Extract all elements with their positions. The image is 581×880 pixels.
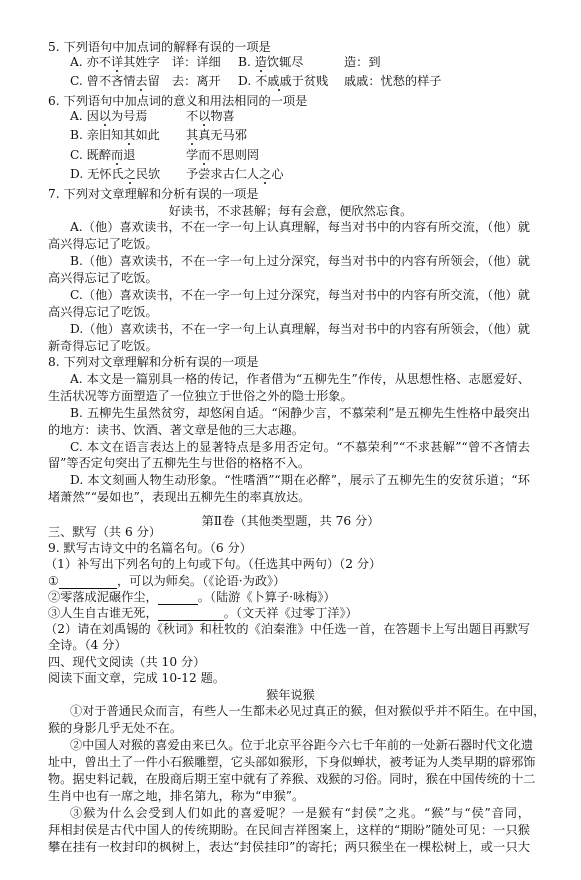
- q8-option-b-line1: B. 五柳先生虽然贫穷，却悠闲自适。“闲静少言，不慕荣利”是五柳先生性格中最突出: [48, 406, 530, 421]
- q9-sub2-line2: 全诗。（4 分）: [48, 638, 127, 653]
- dotted-word: 其: [186, 128, 198, 142]
- paragraph-3-line-1: ③猴为什么会受到人们如此的喜爱呢？一是猴有“封侯”之兆。“猴”与“侯”音同，: [48, 806, 530, 821]
- q5-option-b: B. 造饮辄尽: [238, 55, 303, 70]
- q5-option-d: D. 不戚戚于贫贱: [238, 74, 328, 89]
- q9-item-2: ②零落成泥碾作尘，。（陆游《卜算子·咏梅》）: [48, 590, 336, 605]
- q9-item-1: ①，可以为师矣。（《论语·为政》）: [48, 574, 285, 589]
- q7-quote: 好读书，不求甚解；每有会意，便欣然忘食。: [0, 204, 581, 219]
- text: 人生自古谁无死，: [60, 606, 158, 620]
- text: 予尝求古仁人: [186, 167, 259, 181]
- dotted-word: 以: [198, 109, 210, 123]
- option-label: A.: [70, 55, 83, 69]
- section-4-instruction: 阅读下面文章，完成 10-12 题。: [48, 671, 225, 686]
- text: 民欤: [136, 167, 160, 181]
- option-label: B.: [238, 55, 251, 69]
- text: 退: [123, 148, 135, 162]
- question-7-title: 7. 下列对文章理解和分析有误的一项是: [48, 187, 259, 202]
- q5-option-a: A. 亦不详其姓字: [70, 55, 160, 70]
- item-number: ②: [48, 590, 60, 604]
- dotted-word: 戚戚: [267, 74, 291, 88]
- option-label: C.: [70, 74, 83, 88]
- q8-option-c-line2: 留”等否定句突出了五柳先生与世俗的格格不入。: [48, 456, 310, 471]
- q6-option-c: C. 既醉而退: [70, 148, 135, 163]
- text: 其姓字: [123, 55, 160, 69]
- text: 学: [186, 148, 198, 162]
- dotted-word: 之: [259, 167, 271, 181]
- paragraph-3-line-2: 拜相封侯是古代中国人的传统期盼。在民间吉祥图案上，这样的“期盼”随处可见：一只猴: [48, 823, 530, 838]
- q7-option-b-line2: 高兴得忘记了吃饭。: [48, 271, 158, 286]
- q9-sub2-line1: （2）请在刘禹锡的《秋词》和杜牧的《泊秦淮》中任选一首，在答题卡上写出题目再默写: [45, 622, 530, 637]
- text: 既醉: [87, 148, 111, 162]
- dotted-word: 而: [111, 148, 123, 162]
- q6-option-a: A. 因以为号焉: [70, 109, 148, 124]
- q7-option-c-line1: C.（他）喜欢读书，不在一字一句上过分深究，每当对书中的内容有所交流，（他）就: [48, 288, 530, 303]
- dotted-word: 而: [198, 148, 210, 162]
- q7-option-a-line2: 高兴得忘记了吃饭。: [48, 237, 158, 252]
- q8-option-d-line1: D. 本文刻画人物生动形象。“性嗜酒”“期在必醉”，展示了五柳先生的安贫乐道；“…: [48, 473, 530, 488]
- option-label: C.: [70, 148, 83, 162]
- q5-option-c: C. 曾不吝情去留: [70, 74, 160, 89]
- text: 亦不: [87, 55, 111, 69]
- paragraph-3-line-3: 攀在挂有一枚封印的枫树上，表达“封侯挂印”的寄托；两只猴坐在一棵松树上，或一只大: [48, 840, 530, 855]
- text: 不: [255, 74, 267, 88]
- option-label: D.: [238, 74, 251, 88]
- q7-option-b-line1: B.（他）喜欢读书，不在一字一句上过分深究，每当对书中的内容有所领会，（他）就: [48, 254, 530, 269]
- q6-option-d-right: 予尝求古仁人之心: [186, 167, 284, 182]
- text: 亲旧知: [87, 128, 124, 142]
- article-title: 猴年说猴: [0, 688, 581, 703]
- q5-gloss-a: 详：详细: [172, 55, 221, 70]
- q9-sub1: （1）补写出下列名句的上句或下句。（任选其中两句）（2 分）: [45, 557, 381, 572]
- paragraph-2-line-2: 址中，曾出土了一件小石猴雕塑，它头部如猴形，下身似蝉状，被考证为人类早期的辟邪饰: [48, 755, 530, 770]
- paragraph-2-line-4: 生肖中也有一席之地，排名第九，称为“申猴”。: [48, 789, 304, 804]
- question-6-title: 6. 下列语句中加点词的意义和用法相同的一项是: [48, 94, 307, 109]
- text: 因: [87, 109, 99, 123]
- text: 物喜: [210, 109, 234, 123]
- dotted-word: 之: [124, 167, 136, 181]
- text: 于贫贱: [292, 74, 329, 88]
- option-label: B.: [70, 128, 83, 142]
- q6-option-b: B. 亲旧知其如此: [70, 128, 160, 143]
- dotted-word: 去: [135, 74, 147, 88]
- question-5-title: 5. 下列语句中加点词的解释有误的一项是: [48, 40, 271, 55]
- q8-option-b-line2: 的地方：读书、饮酒、著文章是他的三大志趣。: [48, 423, 304, 438]
- answer-blank[interactable]: [158, 592, 198, 605]
- dotted-word: 其: [123, 128, 135, 142]
- q9-item-3: ③人生自古谁无死，。（文天祥《过零丁洋》）: [48, 606, 358, 621]
- question-9-title: 9. 默写古诗文中的名篇名句。（6 分）: [48, 541, 252, 556]
- text: 饮辄尽: [267, 55, 304, 69]
- text: 曾不吝情: [87, 74, 136, 88]
- q7-option-a-line1: A.（他）喜欢读书，不在一字一句上认真理解，每当对书中的内容有所交流，（他）就: [48, 220, 530, 235]
- item-number: ③: [48, 606, 60, 620]
- q5-gloss-b: 造：到: [344, 55, 381, 70]
- dotted-word: 以: [99, 109, 111, 123]
- q6-option-b-right: 其真无马邪: [186, 128, 247, 143]
- q8-option-d-line2: 堵萧然”“晏如也”，表现出五柳先生的率真放达。: [48, 490, 310, 505]
- q5-gloss-d: 戚戚：忧愁的样子: [344, 74, 442, 89]
- option-label: D.: [70, 167, 83, 181]
- text: 不: [186, 109, 198, 123]
- question-8-title: 8. 下列对文章理解和分析有误的一项是: [48, 355, 259, 370]
- q7-option-d-line2: 新奇得忘记了吃饭。: [48, 339, 158, 354]
- q8-option-a-line1: A. 本文是一篇别具一格的传记，作者借为“五柳先生”作传，从思想性格、志愿爱好、: [48, 372, 530, 387]
- q6-option-c-right: 学而不思则罔: [186, 148, 259, 163]
- text: ，可以为师矣。（《论语·为政》）: [117, 574, 285, 588]
- paragraph-2-line-1: ②中国人对猴的喜爱由来已久。位于北京平谷距今六七千年前的一处新石器时代文化遗: [48, 738, 530, 753]
- q6-option-a-right: 不以物喜: [186, 109, 235, 124]
- text: 真无马邪: [198, 128, 247, 142]
- dotted-word: 详: [111, 55, 123, 69]
- text: 留: [148, 74, 160, 88]
- text: 零落成泥碾作尘，: [60, 590, 158, 604]
- paragraph-1-line-1: ①对于普通民众而言，有些人一生都未必见过真正的猴，但对猴似乎并不陌生。在中国，: [48, 704, 530, 719]
- item-number: ①: [48, 574, 59, 588]
- q8-option-c-line1: C. 本文在语言表达上的显著特点是多用否定句。“不慕荣利”“不求甚解”“曾不吝情…: [48, 440, 530, 455]
- paragraph-1-line-2: 猴的身影几乎无处不在。: [48, 721, 182, 736]
- answer-blank[interactable]: [158, 608, 224, 621]
- text: 如此: [135, 128, 159, 142]
- text: 。（文天祥《过零丁洋》）: [224, 606, 358, 620]
- text: 无怀氏: [87, 167, 124, 181]
- q6-option-d: D. 无怀氏之民欤: [70, 167, 160, 182]
- section-3-heading: 三、默写（共 6 分）: [48, 525, 161, 540]
- option-label: A.: [70, 109, 83, 123]
- paragraph-2-line-3: 物。据史料记载，在殷商后期王室中就有了养猴、戏猴的习俗。同时，猴在中国传统的十二: [48, 772, 530, 787]
- text: 。（陆游《卜算子·咏梅》）: [198, 590, 336, 604]
- q7-option-d-line1: D.（他）喜欢读书，不在一字一句上认真理解，每当对书中的内容有所领会，（他）就: [48, 322, 530, 337]
- q5-gloss-c: 去：离开: [172, 74, 221, 89]
- dotted-word: 造: [255, 55, 267, 69]
- answer-blank[interactable]: [59, 576, 117, 589]
- q8-option-a-line2: 生活状况等方面塑造了一位独立于世俗之外的隐士形象。: [48, 389, 353, 404]
- text: 不思则罔: [210, 148, 259, 162]
- text: 心: [271, 167, 283, 181]
- q7-option-c-line2: 高兴得忘记了吃饭。: [48, 305, 158, 320]
- text: 为号焉: [111, 109, 148, 123]
- section-4-heading: 四、现代文阅读（共 10 分）: [48, 655, 205, 670]
